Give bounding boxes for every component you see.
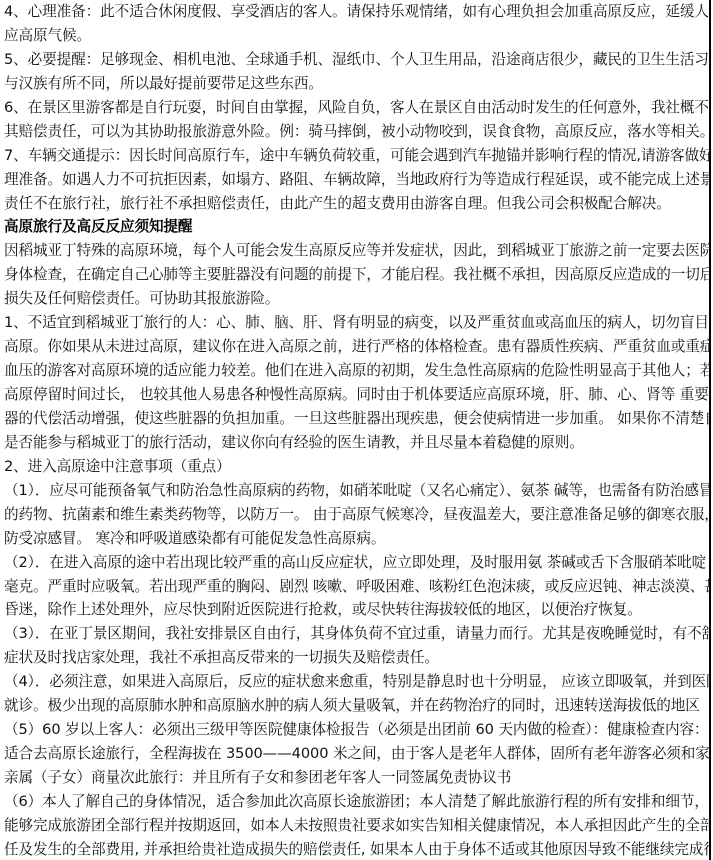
paragraph-line: （5）60 岁以上客人：必须出三级甲等医院健康体检报告（必须是出团前 60 天内… [4, 718, 709, 742]
paragraph-line: 任及发生的全部费用, 并承担给贵社造成损失的赔偿责任, 如果本人由于身体不适或其… [4, 838, 709, 860]
paragraph-line: 1、不适宜到稻城亚丁旅行的人：心、肺、脑、肝、肾有明显的病变，以及严重贫血或高血… [4, 311, 709, 335]
paragraph-line: 亲属（子女）商量次此旅行：并且所有子女和参团老年客人一同签属免责协议书 [4, 766, 709, 790]
paragraph-line: 器的代偿活动增强，使这些脏器的负担加重。一旦这些脏器出现疾患，便会使病情进一步加… [4, 407, 709, 431]
paragraph-line: （6）本人了解自己的身体情况，适合参加此次高原长途旅游团；本人清楚了解此旅游行程… [4, 790, 709, 814]
paragraph-line: 身体检查，在确定自己心肺等主要脏器没有问题的前提下，才能启程。我社概不承担，因高… [4, 263, 709, 287]
paragraph-line: 与汉族有所不同，所以最好提前要带足这些东西。 [4, 72, 709, 96]
paragraph-line: 的药物、抗菌素和维生素类药物等，以防万一。 由于高原气候寒冷，昼夜温差大，要注意… [4, 503, 709, 527]
paragraph-line: 能够完成旅游团全部行程并按期返回，如本人未按照贵社要求如实告知相关健康情况，本人… [4, 814, 709, 838]
section-heading: 高原旅行及高反反应须知提醒 [4, 215, 709, 239]
paragraph-line: 血压的游客对高原环境的适应能力较差。他们在进入高原的初期，发生急性高原病的危险性… [4, 359, 709, 383]
paragraph-line: 5、必要提醒：足够现金、相机电池、全球通手机、湿纸巾、个人卫生用品，沿途商店很少… [4, 48, 709, 72]
paragraph-line: 适合去高原长途旅行，全程海拔在 3500——4000 米之间，由于客人是老年人群… [4, 742, 709, 766]
paragraph-line: 其赔偿责任，可以为其协助报旅游意外险。例：骑马摔倒，被小动物咬到，误食食物，高原… [4, 120, 709, 144]
paragraph-line: （2）．在进入高原的途中若出现比较严重的高山反应症状，应立即处理，及时服用氨 茶… [4, 551, 709, 575]
paragraph-line: （4）．必须注意，如果进入高原后，反应的症状愈来愈重，特别是静息时也十分明显， … [4, 670, 709, 694]
paragraph-line: 因稻城亚丁特殊的高原环境，每个人可能会发生高原反应等并发症状，因此，到稻城亚丁旅… [4, 239, 709, 263]
paragraph-line: 4、心理准备：此不适合休闲度假、享受酒店的客人。请保持乐观情绪，如有心理负担会加… [4, 0, 709, 24]
paragraph-line: 症状及时找店家处理，我社不承担高反带来的一切损失及赔偿责任。 [4, 646, 709, 670]
paragraph-line: 理准备。如遇人力不可抗拒因素，如塌方、路阻、车辆故障，当地政府行为等造成行程延误… [4, 168, 709, 192]
paragraph-line: 昏迷，除作上述处理外，应尽快到附近医院进行抢救，或尽快转往海拔较低的地区，以便治… [4, 598, 709, 622]
paragraph-line: 高原。你如果从未进过高原，建议你在进入高原之前，进行严格的体格检查。患有器质性疾… [4, 335, 709, 359]
paragraph-line: （1）．应尽可能预备氧气和防治急性高原病的药物，如硝苯吡啶（又名心痛定）、氨茶 … [4, 479, 709, 503]
paragraph-line: 2、进入高原途中注意事项（重点） [4, 455, 709, 479]
paragraph-line: 应高原气候。 [4, 24, 709, 48]
paragraph-line: （3）．在亚丁景区期间，我社安排景区自由行，其身体负荷不宜过重，请量力而行。尤其… [4, 622, 709, 646]
paragraph-line: 防受凉感冒。 寒冷和呼吸道感染都有可能促发急性高原病。 [4, 527, 709, 551]
paragraph-line: 损失及任何赔偿责任。可协助其报旅游险。 [4, 287, 709, 311]
paragraph-line: 6、在景区里游客都是自行玩耍，时间自由掌握，风险自负，客人在景区自由活动时发生的… [4, 96, 709, 120]
paragraph-line: 7、车辆交通提示：因长时间高原行车，途中车辆负荷较重，可能会遇到汽车抛锚并影响行… [4, 144, 709, 168]
paragraph-line: 就诊。极少出现的高原肺水肿和高原脑水肿的病人须大量吸氧，并在药物治疗的同时，迅速… [4, 694, 709, 718]
paragraph-line: 是否能参与稻城亚丁的旅行活动，建议你向有经验的医生请教，并且尽量本着稳健的原则。 [4, 431, 709, 455]
paragraph-line: 责任不在旅行社，旅行社不承担赔偿责任，由此产生的超支费用由游客自理。但我公司会积… [4, 192, 709, 216]
document-body: 4、心理准备：此不适合休闲度假、享受酒店的客人。请保持乐观情绪，如有心理负担会加… [4, 0, 709, 860]
paragraph-line: 高原停留时间过长， 也较其他人易患各种慢性高原病。同时由于机体要适应高原环境，肝… [4, 383, 709, 407]
paragraph-line: 毫克。严重时应吸氧。若出现严重的胸闷、剧烈 咳嗽、呼吸困难、咳粉红色泡沫痰，或反… [4, 575, 709, 599]
